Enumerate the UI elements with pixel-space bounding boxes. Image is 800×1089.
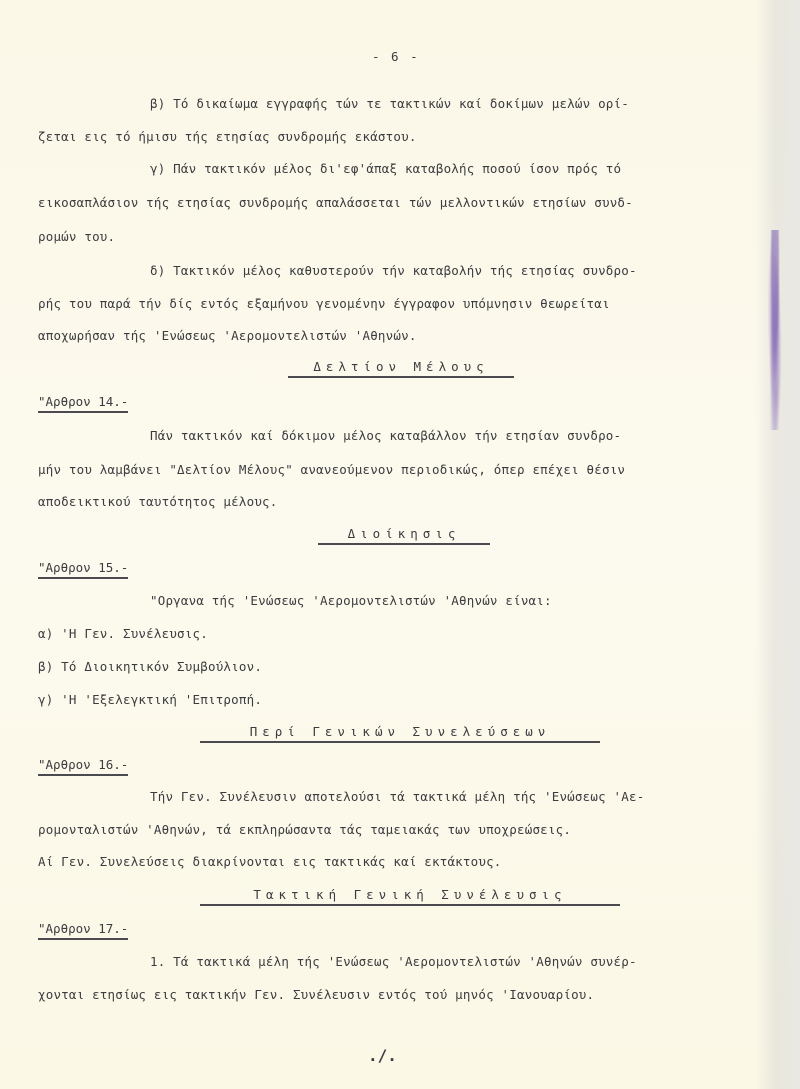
- article-16-line-3: Αί Γεν. Συνελεύσεις διακρίνονται εις τακ…: [38, 855, 502, 869]
- article-14-line-2: μήν του λαμβάνει "Δελτίον Μέλους" ανανεο…: [38, 463, 625, 477]
- document-page: - 6 - β) Τό δικαίωμα εγγραφής τών τε τακ…: [0, 0, 800, 1089]
- article-16-line-2: ρομονταλιστών 'Αθηνών, τά εκπληρώσαντα τ…: [38, 823, 571, 837]
- ink-stamp-mark: [768, 230, 782, 430]
- section-c-line-2: εικοσαπλάσιον τής ετησίας συνδρομής απαλ…: [38, 196, 633, 210]
- section-d-line-2: ρής του παρά τήν δίς εντός εξαμήνου γενο…: [38, 297, 610, 311]
- section-d-line-3: αποχωρήσαν τής 'Ενώσεως 'Αερομοντελιστών…: [38, 329, 417, 343]
- section-c-line-3: ρομών του.: [38, 230, 115, 244]
- article-15-intro: "Οργανα τής 'Ενώσεως 'Αερομοντελιστών 'Α…: [150, 594, 552, 608]
- article-15-item-c: γ) 'Η 'Εξελεγκτική 'Επιτροπή.: [38, 693, 262, 707]
- section-d-line-1: δ) Τακτικόν μέλος καθυστερούν τήν καταβο…: [150, 264, 637, 278]
- article-17-line-2: χονται ετησίως εις τακτικήν Γεν. Συνέλευ…: [38, 988, 594, 1002]
- heading-general-assemblies: Περί Γενικών Συνελεύσεων: [200, 725, 600, 743]
- article-14-line-3: αποδεικτικού ταυτότητος μέλους.: [38, 495, 278, 509]
- page-number: - 6 -: [372, 49, 420, 64]
- article-14-line-1: Πάν τακτικόν καί δόκιμον μέλος καταβάλλο…: [150, 429, 621, 443]
- article-15-item-a: α) 'Η Γεν. Συνέλευσις.: [38, 627, 208, 641]
- article-15-item-b: β) Τό Διοικητικόν Συμβούλιον.: [38, 660, 262, 674]
- continuation-mark: ./.: [368, 1046, 397, 1065]
- article-14-label: "Αρθρον 14.-: [38, 395, 128, 413]
- article-17-line-1: 1. Τά τακτικά μέλη τής 'Ενώσεως 'Αερομον…: [150, 955, 637, 969]
- article-16-label: "Αρθρον 16.-: [38, 758, 128, 776]
- heading-member-card: Δελτίον Μέλους: [288, 360, 514, 378]
- article-16-line-1: Τήν Γεν. Συνέλευσιν αποτελούσι τά τακτικ…: [150, 790, 644, 804]
- article-15-label: "Αρθρον 15.-: [38, 561, 128, 579]
- heading-ordinary-general-assembly: Τακτική Γενική Συνέλευσις: [200, 888, 620, 906]
- section-b-line-2: ζεται εις τό ήμισυ τής ετησίας συνδρομής…: [38, 130, 417, 144]
- section-b-line-1: β) Τό δικαίωμα εγγραφής τών τε τακτικών …: [150, 97, 629, 111]
- section-c-line-1: γ) Πάν τακτικόν μέλος δι'εφ'άπαξ καταβολ…: [150, 162, 621, 176]
- heading-administration: Διοίκησις: [318, 527, 490, 545]
- article-17-label: "Αρθρον 17.-: [38, 922, 128, 940]
